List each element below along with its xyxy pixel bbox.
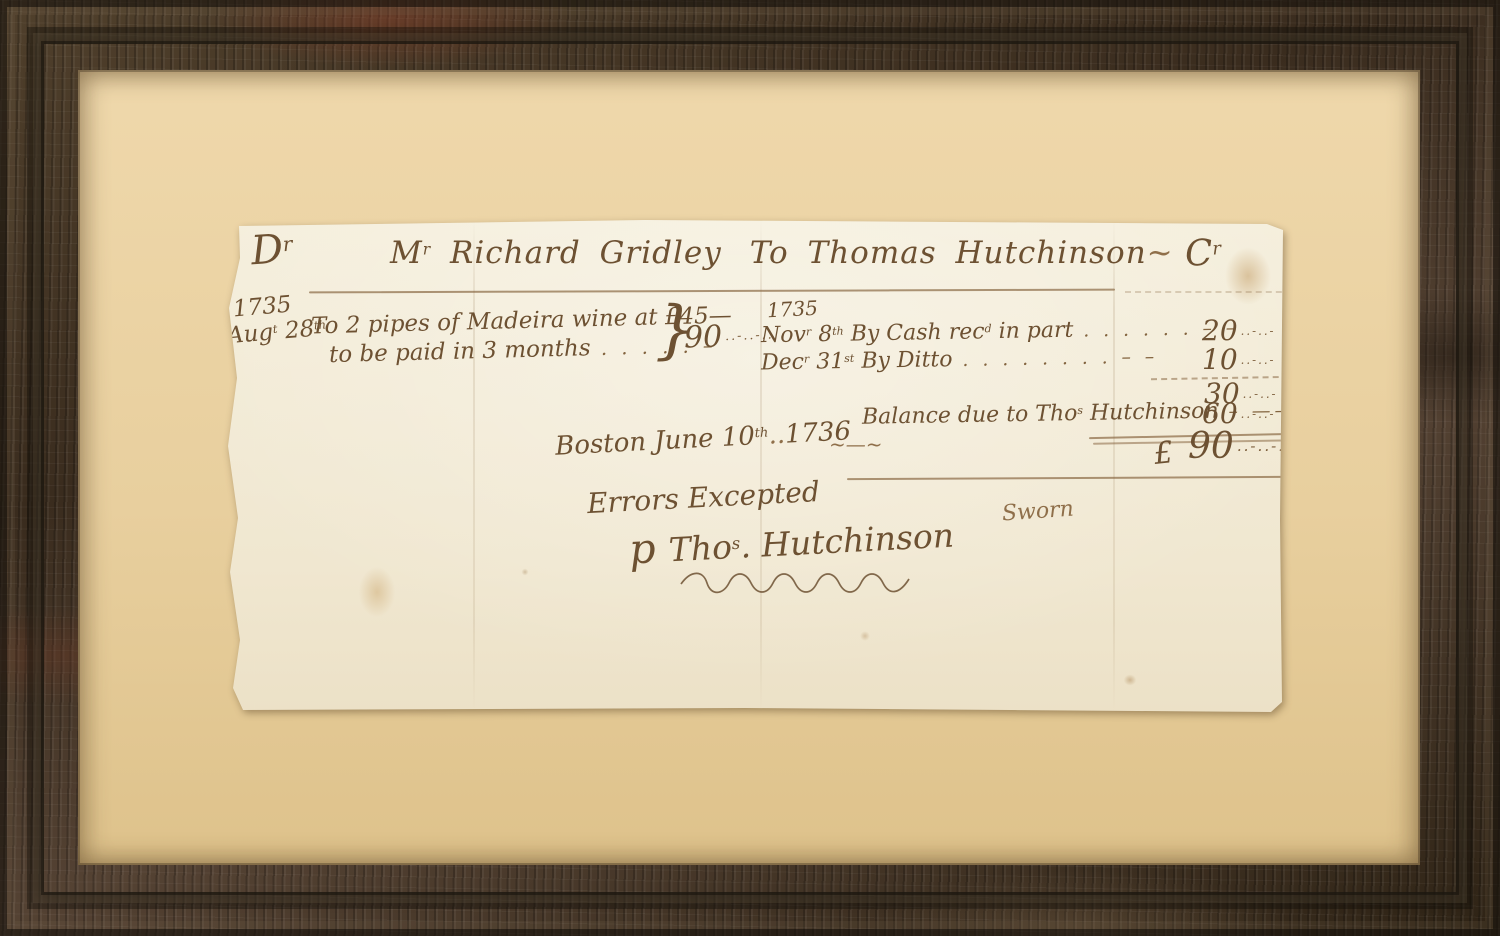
errors-excepted-note: Errors Excepted [586,478,820,518]
manuscript-paper-wrap: Dr Mr Richard GridleyTo Thomas Hutchinso… [225,220,1283,712]
signature-per-mark: p [628,523,670,573]
dateline-day-sup: th [754,425,768,441]
credit2-amount-value: 10 [1202,343,1238,376]
credit1-day-sup: th [832,325,844,338]
credit2-leader: . . . . . . . . – – [952,347,1158,372]
dateline-year: 1736 [784,416,852,449]
title-honorific: M [390,235,423,271]
credit1-desc2: in part [991,318,1073,344]
fold-crease [1113,220,1115,712]
credit-row-ditto: Decr 31st By Ditto . . . . . . . . – – [761,346,1158,375]
credit-row-cash: Novr 8th By Cash recd in part . . . . . … [761,317,1240,347]
credit2-day: 31 [809,349,844,375]
dateline-place: Boston June [554,423,722,462]
subtotal-suffix: ..-..- [1243,387,1278,401]
credit1-amount-suffix: ..-..- [1241,324,1276,338]
framed-document-photo: Dr Mr Richard GridleyTo Thomas Hutchinso… [0,0,1500,936]
dr-main: D [249,226,284,274]
signature-flourish [677,568,915,596]
manuscript-paper: Dr Mr Richard GridleyTo Thomas Hutchinso… [225,220,1283,712]
credit2-month: Dec [761,350,804,376]
credit-column-label: Cr [1184,235,1222,273]
balance-label2: Hutchinson [1083,399,1219,426]
dr-sup: r [282,232,293,257]
signature-name: Tho [668,527,733,569]
balance-amount-suffix: ..-..- [1241,407,1276,421]
credit2-amount-suffix: ..-..- [1241,353,1276,367]
total-value: 90 [1188,426,1234,467]
credit1-desc: By Cash rec [844,319,985,346]
debit-month: Aug [226,319,274,349]
fold-crease [760,220,762,712]
debit-line2-text: to be paid in 3 months [329,335,591,368]
credit-total: 90..-..-.. [1188,429,1292,465]
title-debtor-name: Richard Gridley [431,235,722,271]
total-currency-sign: £ [1152,438,1174,470]
credit-row-ditto-amount: 10..-..- [1202,346,1276,374]
credit-year: 1735 [767,298,819,321]
title-creditor-phrase: To Thomas Hutchinson [750,235,1147,271]
credit-row-cash-amount: 20..-..- [1202,317,1276,345]
signature-name-rest: . Hutchinson [739,516,955,566]
credit2-desc: By Ditto [854,347,953,374]
dateline: Boston June 10th..1736 [555,418,852,459]
debit-column-label: Dr [250,229,294,272]
credit1-month: Nov [761,322,806,348]
credit1-day: 8 [811,322,832,347]
fold-crease [473,220,475,712]
sworn-note: Sworn [1001,499,1074,526]
bottom-rule [847,476,1295,480]
title-honorific-sup: r [423,240,431,258]
balance-label: Balance due to Tho [862,401,1078,430]
dateline-separator: .. [768,420,786,451]
credit2-day-sup: st [844,352,854,365]
debit-day: 28 [277,316,316,345]
dateline-day: 10 [721,421,756,453]
debit-amount-value: 90 [683,319,722,355]
balance-amount: 60..-..- [1202,400,1276,428]
title-flourish: ~ [1147,235,1174,271]
header-rule [309,289,1115,294]
cr-sup: r [1212,238,1222,259]
ledger-title: Mr Richard GridleyTo Thomas Hutchinson~ [390,238,1174,269]
cr-main: C [1184,233,1214,275]
signature: p Thos. Hutchinson [628,513,955,571]
